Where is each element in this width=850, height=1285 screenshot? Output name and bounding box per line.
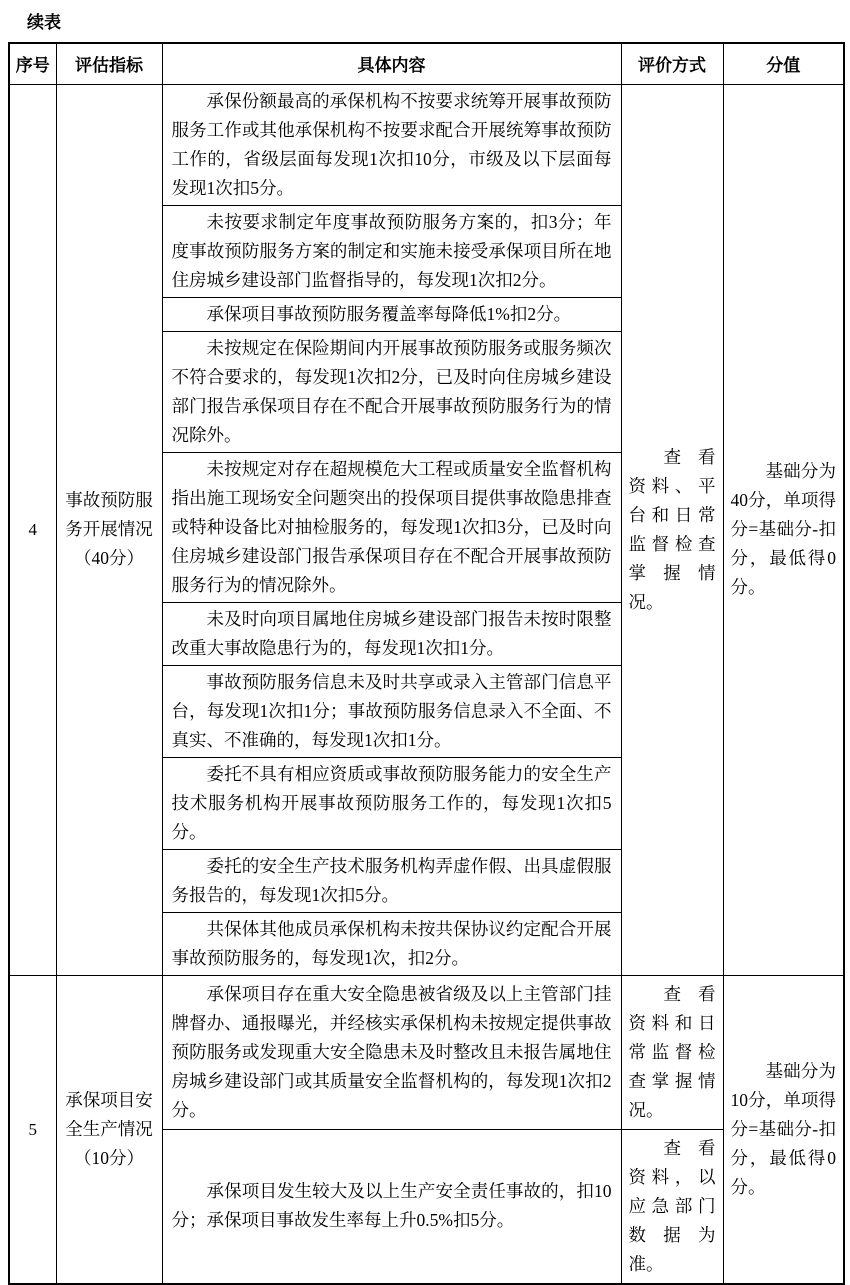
evaluation-criteria-table: 序号 评估指标 具体内容 评价方式 分值 4 事故预防服务开展情况（40分） 承… xyxy=(8,42,845,1285)
content-cell: 未按要求制定年度事故预防服务方案的，扣3分；年度事故预防服务方案的制定和实施未接… xyxy=(162,205,621,297)
row-number-cell: 4 xyxy=(9,84,56,975)
header-cell-content: 具体内容 xyxy=(162,43,621,84)
header-cell-score: 分值 xyxy=(723,43,844,84)
content-cell: 共保体其他成员承保机构未按共保协议约定配合开展事故预防服务的，每发现1次，扣2分… xyxy=(162,912,621,975)
document-page: { "page": { "continued_label": "续表" }, "… xyxy=(0,0,850,1226)
content-cell: 承保份额最高的承保机构不按要求统筹开展事故预防服务工作或其他承保机构不按要求配合… xyxy=(162,84,621,205)
content-cell: 承保项目存在重大安全隐患被省级及以上主管部门挂牌督办、通报曝光，并经核实承保机构… xyxy=(162,975,621,1129)
method-cell: 查看资料，以应急部门数据为准。 xyxy=(621,1129,723,1284)
header-cell-number: 序号 xyxy=(9,43,56,84)
content-cell: 事故预防服务信息未及时共享或录入主管部门信息平台，每发现1次扣1分；事故预防服务… xyxy=(162,665,621,757)
header-cell-indicator: 评估指标 xyxy=(56,43,162,84)
content-cell: 委托不具有相应资质或事故预防服务能力的安全生产技术服务机构开展事故预防服务工作的… xyxy=(162,757,621,849)
table-header-row: 序号 评估指标 具体内容 评价方式 分值 xyxy=(9,43,844,84)
content-cell: 未按规定在保险期间内开展事故预防服务或服务频次不符合要求的，每发现1次扣2分，已… xyxy=(162,331,621,452)
row-number-cell: 5 xyxy=(9,975,56,1284)
content-cell: 承保项目发生较大及以上生产安全责任事故的，扣10分；承保项目事故发生率每上升0.… xyxy=(162,1129,621,1284)
content-cell: 未及时向项目属地住房城乡建设部门报告未按时限整改重大事故隐患行为的，每发现1次扣… xyxy=(162,602,621,665)
content-cell: 未按规定对存在超规模危大工程或质量安全监督机构指出施工现场安全问题突出的投保项目… xyxy=(162,452,621,602)
indicator-cell: 事故预防服务开展情况（40分） xyxy=(56,84,162,975)
content-cell: 承保项目事故预防服务覆盖率每降低1%扣2分。 xyxy=(162,297,621,331)
score-cell: 基础分为40分，单项得分=基础分-扣分，最低得0分。 xyxy=(723,84,844,975)
content-cell: 委托的安全生产技术服务机构弄虚作假、出具虚假服务报告的，每发现1次扣5分。 xyxy=(162,849,621,912)
indicator-cell: 承保项目安全生产情况（10分） xyxy=(56,975,162,1284)
continued-table-label: 续表 xyxy=(27,8,61,33)
score-cell: 基础分为10分，单项得分=基础分-扣分，最低得0分。 xyxy=(723,975,844,1284)
table-row: 4 事故预防服务开展情况（40分） 承保份额最高的承保机构不按要求统筹开展事故预… xyxy=(9,84,844,205)
table-row: 5 承保项目安全生产情况（10分） 承保项目存在重大安全隐患被省级及以上主管部门… xyxy=(9,975,844,1129)
header-cell-method: 评价方式 xyxy=(621,43,723,84)
method-cell: 查看资料、平台和日常监督检查掌握情况。 xyxy=(621,84,723,975)
method-cell: 查看资料和日常监督检查掌握情况。 xyxy=(621,975,723,1129)
